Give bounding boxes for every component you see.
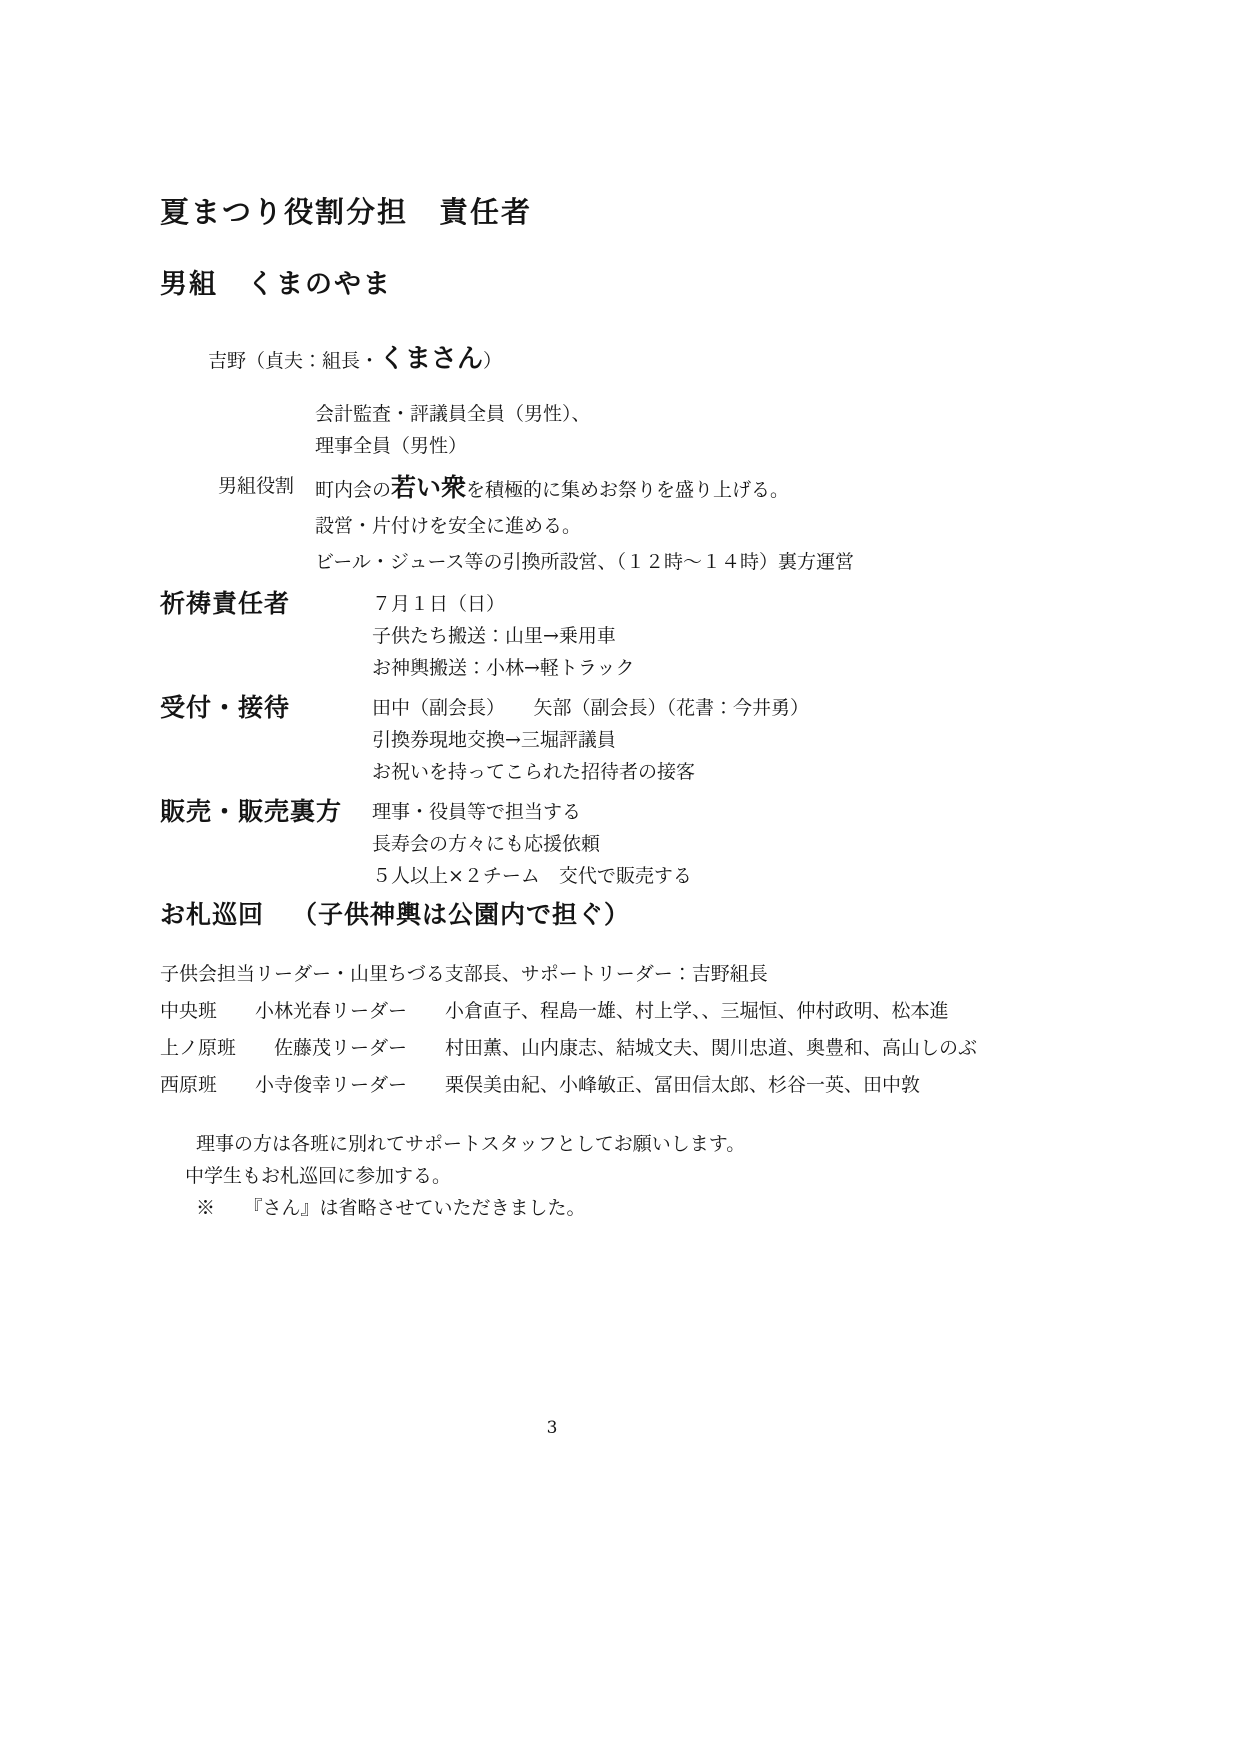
- group-heading: 男組 くまのやま: [160, 268, 1151, 300]
- section-hanbai-lines: 理事・役員等で担当する 長寿会の方々にも応援依頼 ５人以上×２チーム 交代で販売…: [372, 796, 692, 892]
- section-hanbai-line-2: 長寿会の方々にも応援依頼: [372, 828, 692, 860]
- patrol-line-nishihara: 西原班 小寺俊幸リーダー 栗俣美由紀、小峰敏正、冨田信太郎、杉谷一英、田中敦: [160, 1067, 1151, 1104]
- member-line-1: 会計監査・評議員全員（男性）、: [315, 398, 1151, 430]
- role-line-1-prefix: 町内会の: [315, 479, 391, 501]
- section-kitou: 祈祷責任者 ７月１日（日） 子供たち搬送：山里→乗用車 お神輿搬送：小林→軽トラ…: [160, 588, 1151, 684]
- section-hanbai-line-1: 理事・役員等で担当する: [372, 796, 692, 828]
- document-page: 夏まつり役割分担 責任者 男組 くまのやま 吉野（貞夫：組長・くまさん） 会計監…: [0, 0, 1241, 1754]
- section-uketsuke-line-2: 引換券現地交換→三堀評議員: [372, 724, 809, 756]
- role-line-3: ビール・ジュース等の引換所設営、（１２時～１４時）裏方運営: [315, 544, 854, 580]
- role-line-1-emphasis: 若い衆: [391, 474, 466, 502]
- page-title: 夏まつり役割分担 責任者: [160, 196, 1151, 231]
- patrol-line-uenohara: 上ノ原班 佐藤茂リーダー 村田薫、山内康志、結城文夫、関川忠道、奥豊和、高山しの…: [160, 1030, 1151, 1067]
- note-line-3: ※ 『さん』は省略させていただきました。: [196, 1192, 1151, 1224]
- section-hanbai-label: 販売・販売裏方: [160, 796, 372, 892]
- section-kitou-line-2: 子供たち搬送：山里→乗用車: [372, 620, 635, 652]
- page-number: 3: [160, 1418, 944, 1438]
- note-line-2: 中学生もお札巡回に参加する。: [185, 1160, 1151, 1192]
- patrol-heading-sub: （子供神輿は公園内で担ぐ）: [292, 900, 630, 930]
- leader-suffix: ）: [483, 350, 502, 372]
- section-hanbai-line-3: ５人以上×２チーム 交代で販売する: [372, 860, 692, 892]
- section-uketsuke-line-3: お祝いを持ってこられた招待者の接客: [372, 756, 809, 788]
- section-kitou-line-1: ７月１日（日）: [372, 588, 635, 620]
- patrol-member-lines: 子供会担当リーダー・山里ちづる支部長、サポートリーダー：吉野組長 中央班 小林光…: [160, 956, 1151, 1104]
- patrol-heading-main: お札巡回: [160, 900, 264, 930]
- section-kitou-label: 祈祷責任者: [160, 588, 372, 684]
- section-uketsuke-line-1: 田中（副会長） 矢部（副会長）（花書：今井勇）: [372, 692, 809, 724]
- role-line-2: 設営・片付けを安全に進める。: [315, 508, 854, 544]
- leader-nickname: くまさん: [379, 343, 483, 373]
- role-content: 町内会の若い衆を積極的に集めお祭りを盛り上げる。 設営・片付けを安全に進める。 …: [315, 468, 854, 580]
- notes-block: 理事の方は各班に別れてサポートスタッフとしてお願いします。 中学生もお札巡回に参…: [160, 1128, 1151, 1224]
- section-uketsuke-label: 受付・接待: [160, 692, 372, 788]
- role-section: 男組役割 町内会の若い衆を積極的に集めお祭りを盛り上げる。 設営・片付けを安全に…: [160, 468, 1151, 580]
- note-line-1: 理事の方は各班に別れてサポートスタッフとしてお願いします。: [196, 1128, 1151, 1160]
- role-line-1: 町内会の若い衆を積極的に集めお祭りを盛り上げる。: [315, 468, 854, 508]
- section-uketsuke-lines: 田中（副会長） 矢部（副会長）（花書：今井勇） 引換券現地交換→三堀評議員 お祝…: [372, 692, 809, 788]
- document-content: 夏まつり役割分担 責任者 男組 くまのやま 吉野（貞夫：組長・くまさん） 会計監…: [0, 0, 1241, 1224]
- patrol-line-chuou: 中央班 小林光春リーダー 小倉直子、程島一雄、村上学、、三堀恒、仲村政明、松本進: [160, 993, 1151, 1030]
- section-uketsuke: 受付・接待 田中（副会長） 矢部（副会長）（花書：今井勇） 引換券現地交換→三堀…: [160, 692, 1151, 788]
- patrol-heading: お札巡回 （子供神輿は公園内で担ぐ）: [160, 900, 1151, 930]
- member-line-2: 理事全員（男性）: [315, 430, 1151, 462]
- leader-line: 吉野（貞夫：組長・くまさん）: [208, 338, 1151, 378]
- section-kitou-line-3: お神輿搬送：小林→軽トラック: [372, 652, 635, 684]
- member-list: 会計監査・評議員全員（男性）、 理事全員（男性）: [315, 398, 1151, 462]
- section-kitou-lines: ７月１日（日） 子供たち搬送：山里→乗用車 お神輿搬送：小林→軽トラック: [372, 588, 635, 684]
- role-label: 男組役割: [218, 468, 315, 580]
- section-hanbai: 販売・販売裏方 理事・役員等で担当する 長寿会の方々にも応援依頼 ５人以上×２チ…: [160, 796, 1151, 892]
- leader-prefix: 吉野（貞夫：組長・: [208, 350, 379, 372]
- role-line-1-suffix: を積極的に集めお祭りを盛り上げる。: [466, 479, 789, 501]
- patrol-line-support: 子供会担当リーダー・山里ちづる支部長、サポートリーダー：吉野組長: [160, 956, 1151, 993]
